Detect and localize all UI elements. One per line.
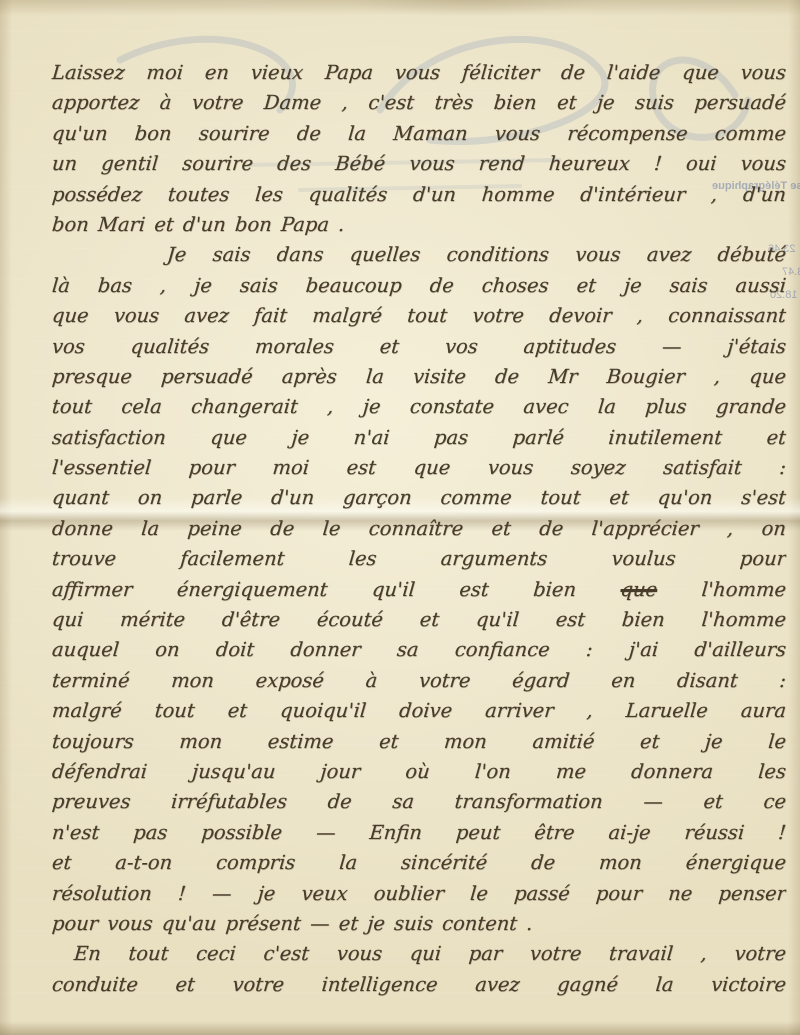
- letter-line: preuves irréfutables de sa transformatio…: [51, 787, 788, 817]
- letter-line: n'est pas possible — Enfin peut être ai-…: [51, 818, 788, 848]
- letter-line: auquel on doit donner sa confiance : j'a…: [51, 635, 788, 665]
- letter-line: quant on parle d'un garçon comme tout et…: [51, 483, 788, 513]
- letter-line: l'essentiel pour moi est que vous soyez …: [51, 453, 788, 483]
- letter-page: Adresse Télégraphique 23.46 23.47 18.20 …: [0, 0, 800, 1035]
- letter-line: toujours mon estime et mon amitié et je …: [51, 727, 788, 757]
- letter-line: tout cela changerait , je constate avec …: [51, 392, 788, 422]
- letter-line: bon Mari et d'un bon Papa .: [51, 210, 788, 240]
- letter-line: possédez toutes les qualités d'un homme …: [51, 180, 788, 210]
- letter-line: vos qualités morales et vos aptitudes — …: [51, 332, 788, 362]
- letter-line: un gentil sourire des Bébé vous rend heu…: [51, 149, 788, 179]
- letter-line: défendrai jusqu'au jour où l'on me donne…: [51, 757, 788, 787]
- letter-line: qu'un bon sourire de la Maman vous récom…: [51, 119, 788, 149]
- letter-line: apportez à votre Dame , c'est très bien …: [51, 88, 788, 118]
- letter-body: Laissez moi en vieux Papa vous féliciter…: [52, 58, 786, 1000]
- letter-line: terminé mon exposé à votre égard en disa…: [51, 666, 788, 696]
- letter-line: donne la peine de le connaître et de l'a…: [51, 514, 788, 544]
- letter-line: Laissez moi en vieux Papa vous féliciter…: [51, 58, 788, 88]
- paper-fold-shadow: [320, 0, 620, 52]
- letter-line: malgré tout et quoiqu'il doive arriver ,…: [51, 696, 788, 726]
- struck-word: que: [620, 578, 659, 601]
- letter-line: et a-t-on compris la sincérité de mon én…: [51, 848, 788, 878]
- letter-line: satisfaction que je n'ai pas parlé inuti…: [51, 423, 788, 453]
- letter-line: affirmer énergiquement qu'il est bien qu…: [51, 575, 788, 605]
- letter-line: que vous avez fait malgré tout votre dev…: [51, 301, 788, 331]
- letter-line: Je sais dans quelles conditions vous ave…: [51, 240, 788, 270]
- letter-line: qui mérite d'être écouté et qu'il est bi…: [51, 605, 788, 635]
- letter-line: là bas , je sais beaucoup de choses et j…: [51, 271, 788, 301]
- letter-line: trouve facilement les arguments voulus p…: [51, 544, 788, 574]
- letter-line: presque persuadé après la visite de Mr B…: [51, 362, 788, 392]
- letter-line: En tout ceci c'est vous qui par votre tr…: [51, 939, 788, 969]
- letter-line: conduite et votre intelligence avez gagn…: [51, 970, 788, 1000]
- letter-line: pour vous qu'au présent — et je suis con…: [51, 909, 788, 939]
- letter-line: résolution ! — je veux oublier le passé …: [51, 879, 788, 909]
